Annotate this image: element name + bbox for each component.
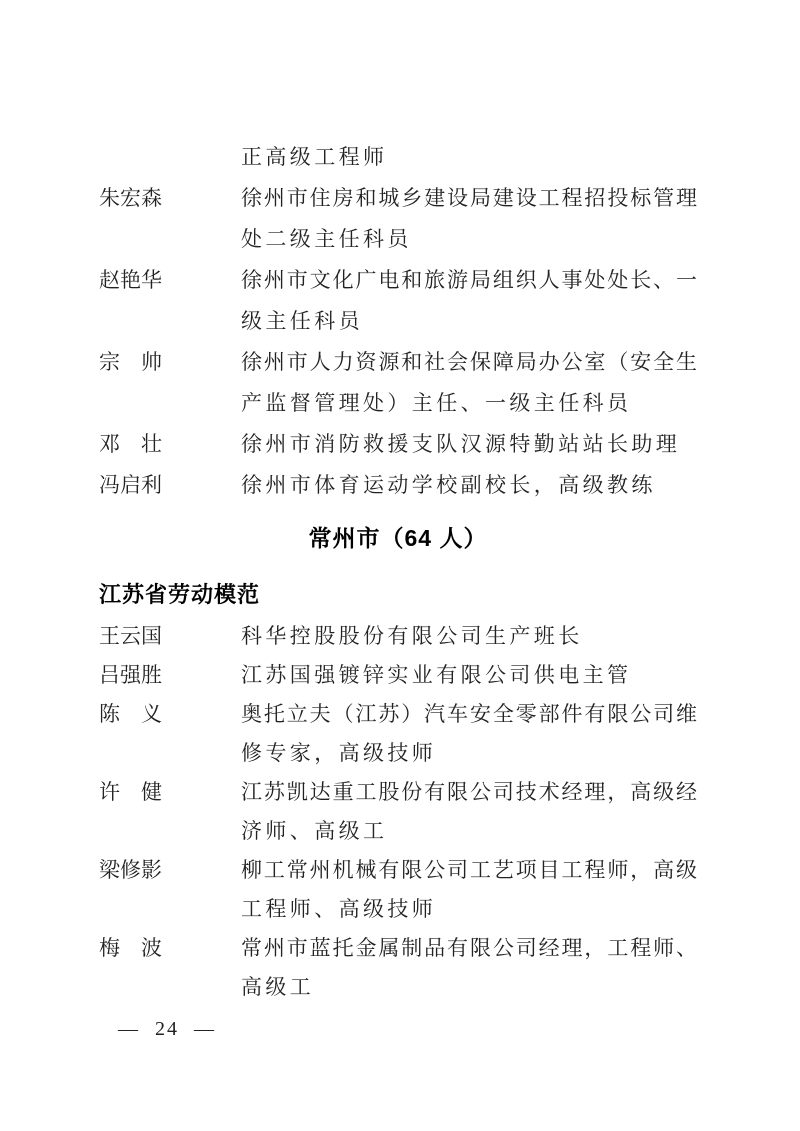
entry-row: 梁修影 柳工常州机械有限公司工艺项目工程师，高级 工程师、高级技师 [99, 851, 697, 929]
title-line: 级主任科员 [241, 301, 697, 342]
entry-row: 冯启利 徐州市体育运动学校副校长，高级教练 [99, 465, 697, 506]
section-changzhou-entries: 王云国 科华控股股份有限公司生产班长 吕强胜 江苏国强镀锌实业有限公司供电主管 … [99, 617, 697, 1007]
person-title: 徐州市人力资源和社会保障局办公室（安全生 产监督管理处）主任、一级主任科员 [241, 342, 697, 424]
award-category-heading: 江苏省劳动模范 [99, 574, 697, 615]
title-line: 修专家，高级技师 [241, 734, 697, 773]
entry-row: 赵艳华 徐州市文化广电和旅游局组织人事处处长、一 级主任科员 [99, 260, 697, 342]
entry-row: 正高级工程师 [99, 137, 697, 178]
title-line: 产监督管理处）主任、一级主任科员 [241, 383, 697, 424]
person-name: 宗 帅 [99, 342, 162, 383]
title-line: 徐州市消防救援支队汉源特勤站站长助理 [241, 424, 697, 465]
entry-row: 梅 波 常州市蓝托金属制品有限公司经理，工程师、 高级工 [99, 929, 697, 1007]
person-title: 江苏国强镀锌实业有限公司供电主管 [241, 656, 697, 695]
person-name: 梅 波 [99, 929, 162, 968]
entry-row: 吕强胜 江苏国强镀锌实业有限公司供电主管 [99, 656, 697, 695]
title-line: 徐州市住房和城乡建设局建设工程招投标管理 [241, 178, 697, 219]
title-line: 工程师、高级技师 [241, 890, 697, 929]
person-name: 王云国 [99, 617, 162, 656]
title-line: 江苏国强镀锌实业有限公司供电主管 [241, 656, 697, 695]
person-title: 徐州市体育运动学校副校长，高级教练 [241, 465, 697, 506]
section-xuzhou-entries: 正高级工程师 朱宏森 徐州市住房和城乡建设局建设工程招投标管理 处二级主任科员 … [99, 137, 697, 506]
entry-row: 朱宏森 徐州市住房和城乡建设局建设工程招投标管理 处二级主任科员 [99, 178, 697, 260]
title-line: 常州市蓝托金属制品有限公司经理，工程师、 [241, 929, 697, 968]
entry-row: 王云国 科华控股股份有限公司生产班长 [99, 617, 697, 656]
person-title: 徐州市住房和城乡建设局建设工程招投标管理 处二级主任科员 [241, 178, 697, 260]
person-title: 柳工常州机械有限公司工艺项目工程师，高级 工程师、高级技师 [241, 851, 697, 929]
person-title: 科华控股股份有限公司生产班长 [241, 617, 697, 656]
title-line: 柳工常州机械有限公司工艺项目工程师，高级 [241, 851, 697, 890]
title-line: 正高级工程师 [241, 137, 697, 178]
entry-row: 邓 壮 徐州市消防救援支队汉源特勤站站长助理 [99, 424, 697, 465]
title-line: 科华控股股份有限公司生产班长 [241, 617, 697, 656]
title-line: 徐州市人力资源和社会保障局办公室（安全生 [241, 342, 697, 383]
title-line: 徐州市文化广电和旅游局组织人事处处长、一 [241, 260, 697, 301]
entry-row: 陈 义 奥托立夫（江苏）汽车安全零部件有限公司维 修专家，高级技师 [99, 695, 697, 773]
title-line: 高级工 [241, 968, 697, 1007]
person-title: 奥托立夫（江苏）汽车安全零部件有限公司维 修专家，高级技师 [241, 695, 697, 773]
person-name: 朱宏森 [99, 178, 162, 219]
document-body: 正高级工程师 朱宏森 徐州市住房和城乡建设局建设工程招投标管理 处二级主任科员 … [99, 137, 697, 1007]
person-name: 梁修影 [99, 851, 162, 890]
person-title: 正高级工程师 [241, 137, 697, 178]
person-title: 常州市蓝托金属制品有限公司经理，工程师、 高级工 [241, 929, 697, 1007]
title-line: 处二级主任科员 [241, 219, 697, 260]
person-name: 陈 义 [99, 695, 162, 734]
person-name: 许 健 [99, 773, 162, 812]
person-name: 冯启利 [99, 465, 162, 506]
entry-row: 许 健 江苏凯达重工股份有限公司技术经理，高级经 济师、高级工 [99, 773, 697, 851]
person-title: 徐州市文化广电和旅游局组织人事处处长、一 级主任科员 [241, 260, 697, 342]
person-title: 徐州市消防救援支队汉源特勤站站长助理 [241, 424, 697, 465]
person-name: 邓 壮 [99, 424, 162, 465]
title-line: 江苏凯达重工股份有限公司技术经理，高级经 [241, 773, 697, 812]
title-line: 徐州市体育运动学校副校长，高级教练 [241, 465, 697, 506]
person-name: 赵艳华 [99, 260, 162, 301]
document-page: 正高级工程师 朱宏森 徐州市住房和城乡建设局建设工程招投标管理 处二级主任科员 … [0, 0, 800, 1131]
person-name: 吕强胜 [99, 656, 162, 695]
page-number: — 24 — [118, 1016, 216, 1042]
city-section-heading: 常州市（64 人） [99, 518, 697, 559]
title-line: 济师、高级工 [241, 812, 697, 851]
title-line: 奥托立夫（江苏）汽车安全零部件有限公司维 [241, 695, 697, 734]
entry-row: 宗 帅 徐州市人力资源和社会保障局办公室（安全生 产监督管理处）主任、一级主任科… [99, 342, 697, 424]
person-title: 江苏凯达重工股份有限公司技术经理，高级经 济师、高级工 [241, 773, 697, 851]
